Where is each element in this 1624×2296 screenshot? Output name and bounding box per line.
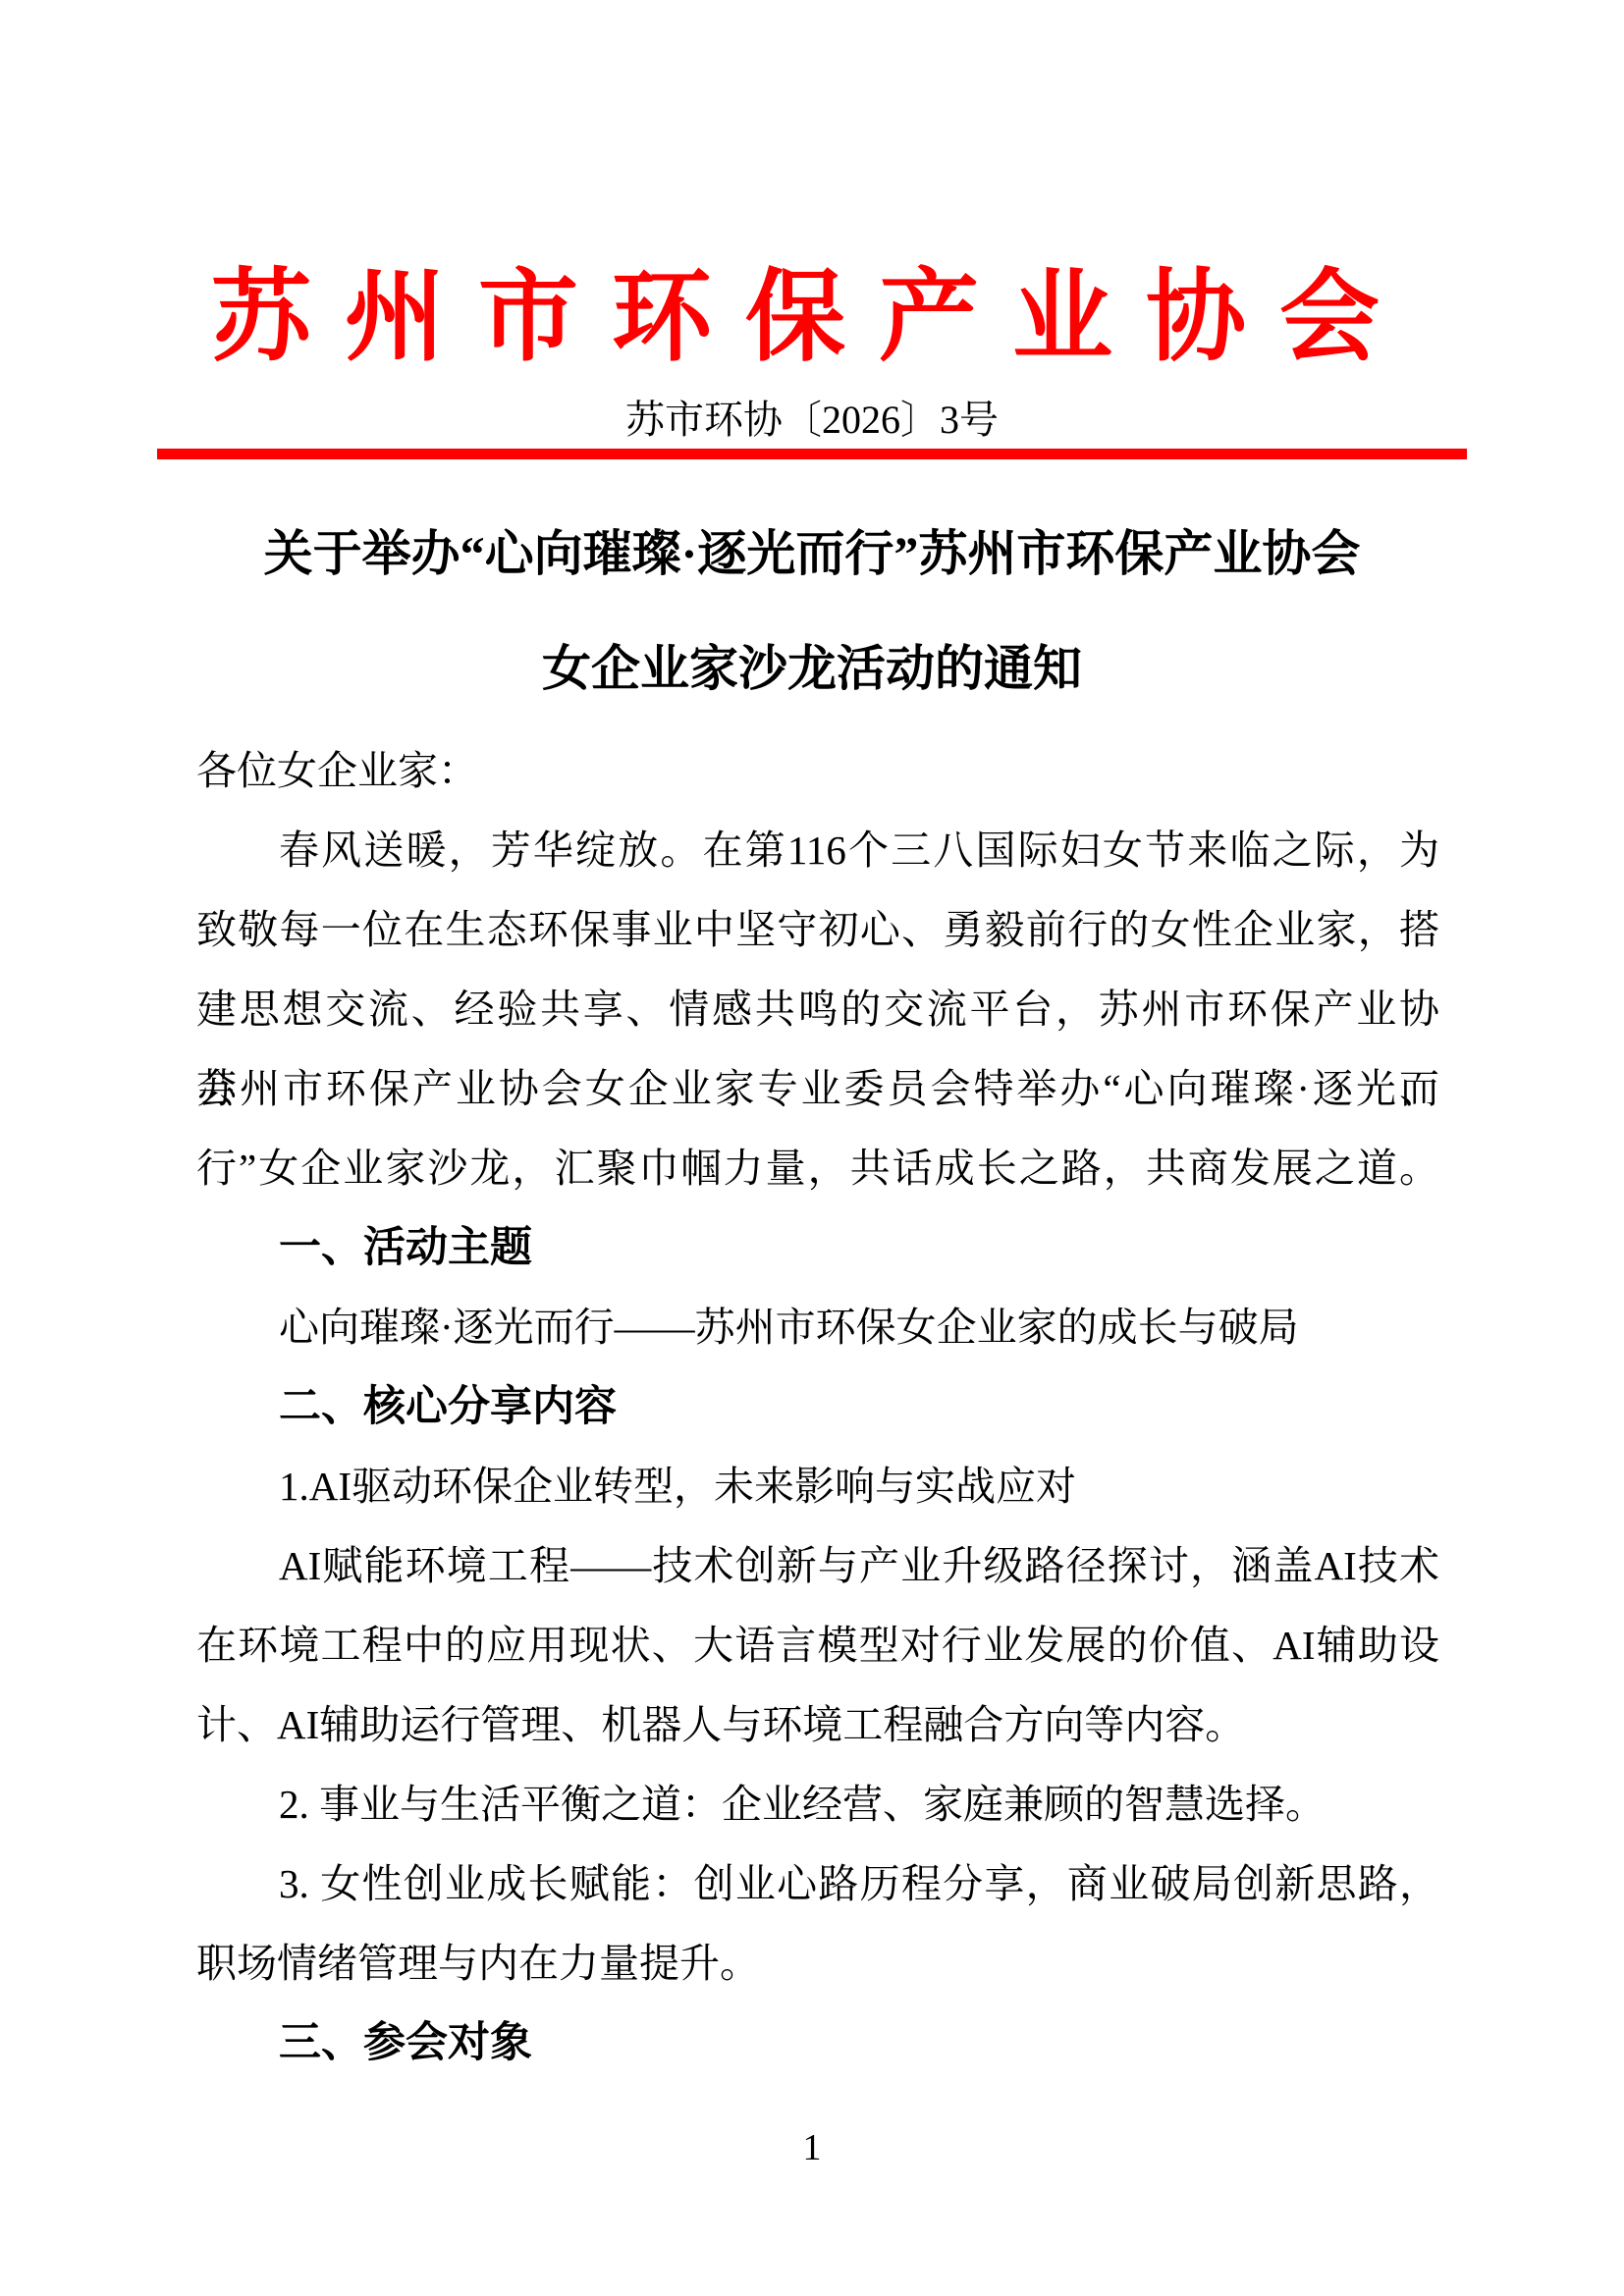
body-line: 建思想交流、经验共享、情感共鸣的交流平台，苏州市环保产业协会、 xyxy=(196,970,1439,1049)
section-heading: 三、参会对象 xyxy=(196,2003,1439,2083)
section-heading: 一、活动主题 xyxy=(196,1208,1439,1288)
body-line: 行”女企业家沙龙，汇聚巾帼力量，共话成长之路，共商发展之道。 xyxy=(196,1129,1439,1208)
doc-number: 苏市环协〔2026〕3号 xyxy=(0,389,1624,445)
body-line: 春风送暖，芳华绽放。在第116个三八国际妇女节来临之际，为 xyxy=(196,811,1439,890)
page-number: 1 xyxy=(0,2126,1624,2169)
body-line: 在环境工程中的应用现状、大语言模型对行业发展的价值、AI辅助设 xyxy=(196,1606,1439,1685)
doc-title-line1: 关于举办“心向璀璨·逐光而行”苏州市环保产业协会 xyxy=(0,514,1624,585)
document-body: 各位女企业家：春风送暖，芳华绽放。在第116个三八国际妇女节来临之际，为致敬每一… xyxy=(196,731,1439,2083)
body-line: 2. 事业与生活平衡之道：企业经营、家庭兼顾的智慧选择。 xyxy=(196,1765,1439,1844)
body-line: 致敬每一位在生态环保事业中坚守初心、勇毅前行的女性企业家，搭 xyxy=(196,890,1439,970)
body-line: 职场情绪管理与内在力量提升。 xyxy=(196,1924,1439,2003)
document-page: 苏州市环保产业协会 苏市环协〔2026〕3号 关于举办“心向璀璨·逐光而行”苏州… xyxy=(0,0,1624,2296)
doc-title-line2: 女企业家沙龙活动的通知 xyxy=(0,629,1624,700)
body-line: 各位女企业家： xyxy=(196,731,1439,811)
body-line: AI赋能环境工程——技术创新与产业升级路径探讨，涵盖AI技术 xyxy=(196,1526,1439,1606)
org-name-header: 苏州市环保产业协会 xyxy=(0,238,1624,381)
body-line: 3. 女性创业成长赋能：创业心路历程分享，商业破局创新思路， xyxy=(196,1844,1439,1924)
body-line: 心向璀璨·逐光而行——苏州市环保女企业家的成长与破局 xyxy=(196,1288,1439,1367)
body-line: 计、AI辅助运行管理、机器人与环境工程融合方向等内容。 xyxy=(196,1685,1439,1765)
red-divider-line xyxy=(157,449,1467,459)
body-line: 1.AI驱动环保企业转型，未来影响与实战应对 xyxy=(196,1447,1439,1526)
section-heading: 二、核心分享内容 xyxy=(196,1367,1439,1447)
body-line: 苏州市环保产业协会女企业家专业委员会特举办“心向璀璨·逐光而 xyxy=(196,1049,1439,1129)
